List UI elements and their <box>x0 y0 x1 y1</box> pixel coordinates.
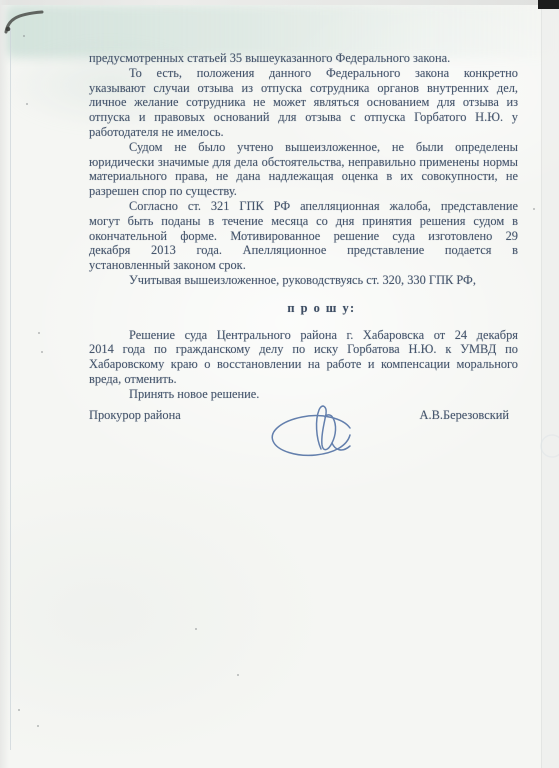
doc-line: отпуска и правовых оснований для отзыва … <box>89 110 518 125</box>
doc-line: юридически значимые для дела обстоятельс… <box>89 155 518 170</box>
doc-line: Решение суда Центрального района г. Хаба… <box>89 328 518 343</box>
doc-line: личное желание сотрудника не может являт… <box>89 95 518 110</box>
doc-line: материального права, не дана надлежащая … <box>89 169 518 184</box>
stamp-ghost-icon <box>538 432 559 462</box>
scan-speck <box>195 628 197 630</box>
document-body: предусмотренных статьей 35 вышеуказанног… <box>89 51 518 422</box>
doc-line: указывают случаи отзыва из отпуска сотру… <box>89 81 518 96</box>
page-edge-right <box>541 0 559 768</box>
page-edge-left <box>0 0 9 768</box>
signatory-name: А.В.Березовский <box>420 408 509 423</box>
page-edge-top <box>0 0 559 5</box>
doc-line: Принять новое решение. <box>89 387 518 402</box>
scan-speck <box>23 35 25 37</box>
doc-line: Хабаровскому краю о восстановлении на ра… <box>89 357 518 372</box>
doc-line: Судом не было учтено вышеизложенное, не … <box>89 140 518 155</box>
doc-line: Согласно ст. 321 ГПК РФ апелляционная жа… <box>89 199 518 214</box>
doc-line: могут быть поданы в течение месяца со дн… <box>89 214 518 229</box>
scan-artifact-corner-black <box>538 0 559 9</box>
scan-speck <box>37 725 39 727</box>
scan-speck <box>38 332 40 334</box>
scan-speck <box>237 674 239 676</box>
doc-line: 2014 года по гражданскому делу по иску Г… <box>89 342 518 357</box>
page-fold-line <box>10 28 11 750</box>
scan-artifact-top-tint <box>4 4 552 58</box>
doc-line: разрешен спор по существу. <box>89 184 518 199</box>
scan-speck <box>41 351 43 353</box>
doc-line: декабря 2013 года. Апелляционное предста… <box>89 243 518 258</box>
scan-speck <box>18 709 20 711</box>
doc-line: окончательной форме. Мотивированное реше… <box>89 229 518 244</box>
doc-line: вреда, отменить. <box>89 372 518 387</box>
petition-heading: п р о ш у: <box>107 301 536 316</box>
doc-line: То есть, положения данного Федерального … <box>89 66 518 81</box>
signatory-title: Прокурор района <box>89 408 181 423</box>
doc-line: Учитывая вышеизложенное, руководствуясь … <box>89 273 518 288</box>
scan-speck <box>533 208 535 210</box>
doc-line: предусмотренных статьей 35 вышеуказанног… <box>89 51 518 66</box>
folded-corner-icon <box>0 0 60 50</box>
handwritten-signature-icon <box>255 402 375 464</box>
doc-line: установленный законом срок. <box>89 258 518 273</box>
doc-line: работодателя не имелось. <box>89 125 518 140</box>
scan-speck <box>26 103 28 105</box>
scanned-page: предусмотренных статьей 35 вышеуказанног… <box>0 0 559 768</box>
